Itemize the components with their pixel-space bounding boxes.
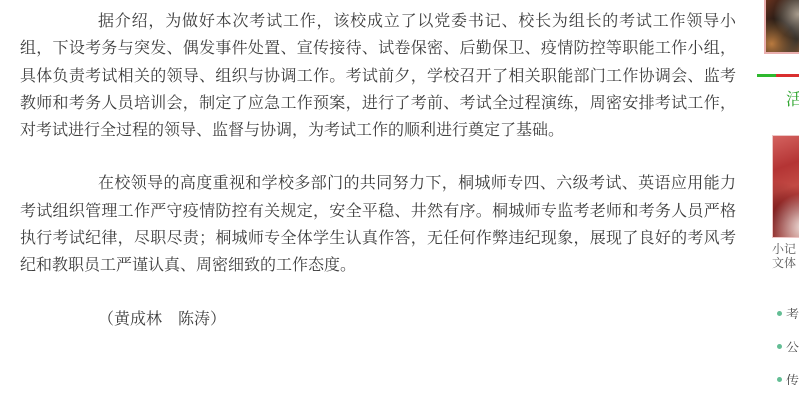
active-tab-indicator [757,74,776,77]
article-body: 据介绍，为做好本次考试工作，该校成立了以党委书记、校长为组长的考试工作领导小组，… [20,0,736,333]
poster-caption[interactable]: 小记 文体 [772,243,799,270]
bullet-icon [777,311,782,316]
sidebar-news-thumbnail[interactable] [764,0,799,54]
inactive-tab-indicator [776,74,799,77]
article-byline: （黄成林 陈涛） [20,306,736,333]
sidebar-section-title: 活 [786,90,799,110]
sidebar-list-item[interactable]: 公 [777,337,799,352]
right-sidebar: 活 小记 文体 考 公 传 [755,0,799,413]
list-item-text: 考 [786,307,799,319]
article-paragraph: 据介绍，为做好本次考试工作，该校成立了以党委书记、校长为组长的考试工作领导小组，… [20,8,736,144]
list-item-text: 公 [786,340,799,352]
bullet-icon [777,344,782,349]
caption-line: 文体 [772,257,799,271]
list-item-text: 传 [786,373,799,385]
sidebar-list-item[interactable]: 传 [777,370,799,385]
bullet-icon [777,377,782,382]
article-paragraph: 在校领导的高度重视和学校多部门的共同努力下，桐城师专四、六级考试、英语应用能力考… [20,170,736,279]
section-tab-underline [757,74,799,77]
sidebar-poster-thumbnail[interactable] [772,135,799,238]
caption-line: 小记 [772,243,799,257]
sidebar-list-item[interactable]: 考 [777,304,799,319]
